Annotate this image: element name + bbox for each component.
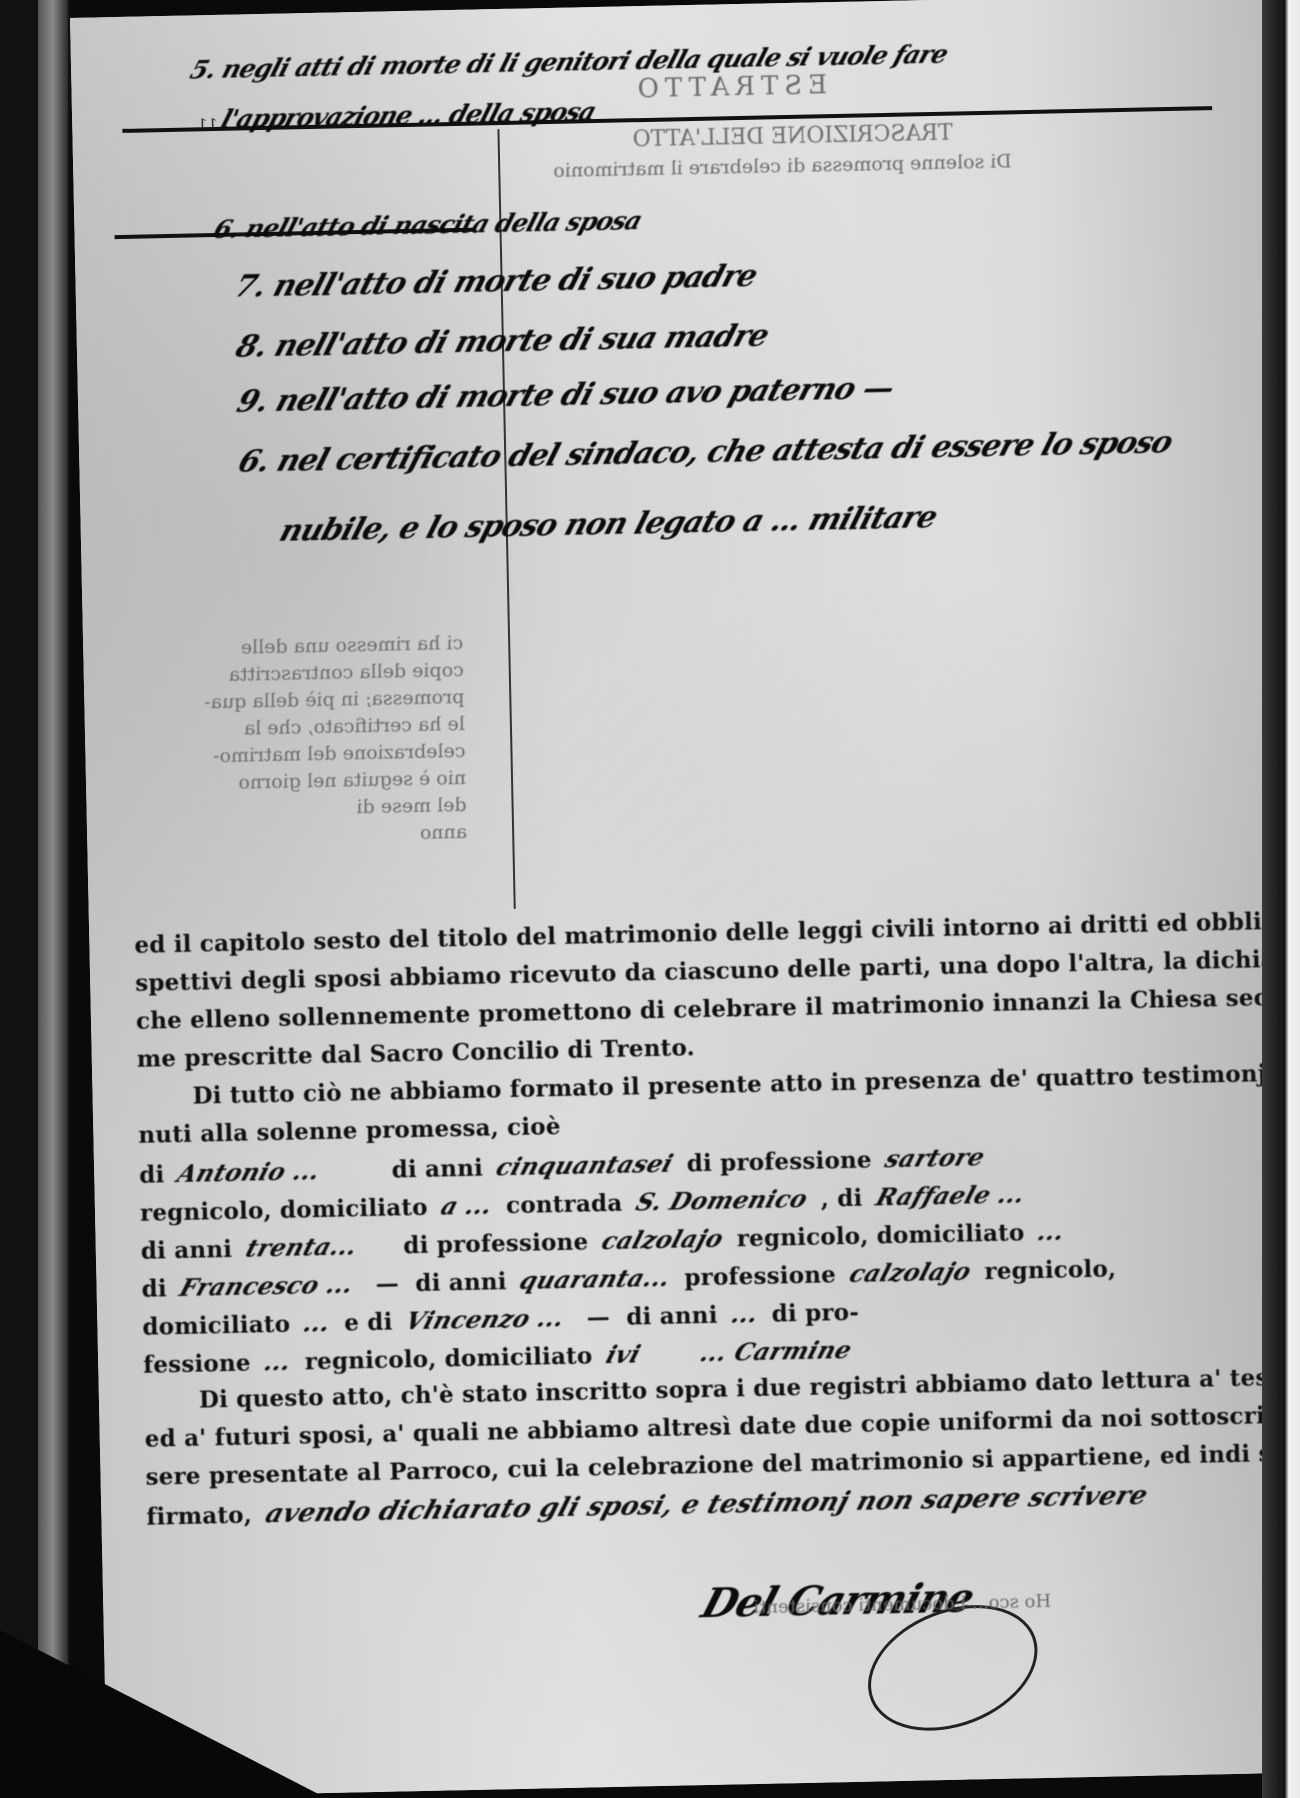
annotation-line-6: 9. nell'atto di morte di suo avo paterno… — [233, 371, 898, 420]
annotation-line-7: 6. nel certificato del sindaco, che atte… — [234, 425, 1176, 480]
witness-1-age: cinquantasei — [487, 1148, 683, 1181]
bleed-header-sub: TRASCRIZIONE DELL'ATTO — [632, 120, 953, 154]
label: e di — [344, 1309, 393, 1337]
annotation-line-2: l'approvazione ... della sposa — [218, 97, 599, 134]
label: fessione — [143, 1350, 251, 1379]
scan-right-edge — [1262, 0, 1300, 1798]
witness-3-age: quaranta... — [510, 1262, 680, 1295]
label: regnicolo, domiciliato — [304, 1342, 592, 1375]
witness-1-profession: sartore — [876, 1142, 995, 1173]
label: , di — [821, 1185, 863, 1213]
witness-3-domicile: ... — [294, 1308, 340, 1338]
label: di anni — [415, 1268, 507, 1297]
witness-2-profession: calzolajo — [592, 1223, 733, 1255]
label: di pro- — [771, 1299, 859, 1328]
label: regnicolo, domiciliato — [140, 1194, 428, 1227]
witness-2-domicile: ... — [1028, 1216, 1074, 1246]
document-page: 11. ESTRATTO TRASCRIZIONE DELL'ATTO Di s… — [70, 0, 1300, 1798]
label: di professione — [686, 1146, 872, 1177]
bleed-header-line: Di solenne promessa di celebrare il matr… — [553, 148, 1012, 185]
bleed-line: anno — [127, 819, 467, 853]
page-corner-shadow — [0, 1630, 330, 1798]
bleed-header-title: ESTRATTO — [631, 72, 827, 103]
annotation-line-1: 5. negli atti di morte di li genitori de… — [187, 40, 951, 85]
label: di anni — [626, 1302, 718, 1331]
witness-4-age: ... — [721, 1299, 767, 1329]
annotation-line-5: 8. nell'atto di morte di sua madre — [232, 318, 773, 364]
witness-4-profession: ... — [254, 1346, 300, 1376]
witness-4-name: Vincenzo ... — [396, 1303, 574, 1336]
witness-3-name: Francesco ... — [171, 1269, 364, 1302]
witness-2-name: Raffaele ... — [866, 1179, 1035, 1212]
binding-edge — [38, 0, 68, 1700]
witness-1-contrada: S. Domenico — [626, 1184, 817, 1217]
witness-1-domicile: a ... — [431, 1190, 502, 1220]
label: professione — [684, 1261, 836, 1291]
bleed-left-column: ci ha rimesso una delle copie della cont… — [123, 630, 467, 853]
witness-1-name: Antonio ... — [168, 1156, 330, 1188]
witness-2-age: trenta... — [236, 1231, 367, 1263]
label: di anni — [141, 1236, 233, 1265]
label: regnicolo, — [984, 1255, 1116, 1285]
witness-4-domicile: ivi — [596, 1339, 650, 1369]
page-number: 11. — [192, 115, 218, 135]
firmato-note: avendo dichiarato gli sposi, e testimonj… — [256, 1481, 1158, 1530]
label: di anni — [391, 1155, 483, 1184]
label: di professione — [403, 1228, 589, 1259]
label: di — [139, 1161, 165, 1189]
marginal-signature: ... Carmine — [690, 1335, 861, 1368]
label: firmato, — [146, 1502, 252, 1531]
annotation-line-8: nubile, e lo sposo non legato a ... mili… — [275, 500, 941, 549]
annotation-line-3: 6. nell'atto di nascita della sposa — [210, 206, 645, 244]
annotation-line-4: 7. nell'atto di morte di suo padre — [230, 259, 761, 305]
label: di — [141, 1275, 167, 1303]
witness-3-profession: calzolajo — [840, 1256, 981, 1288]
label: contrada — [506, 1190, 623, 1219]
label: domiciliato — [142, 1311, 290, 1341]
label: regnicolo, domiciliato — [737, 1219, 1025, 1252]
